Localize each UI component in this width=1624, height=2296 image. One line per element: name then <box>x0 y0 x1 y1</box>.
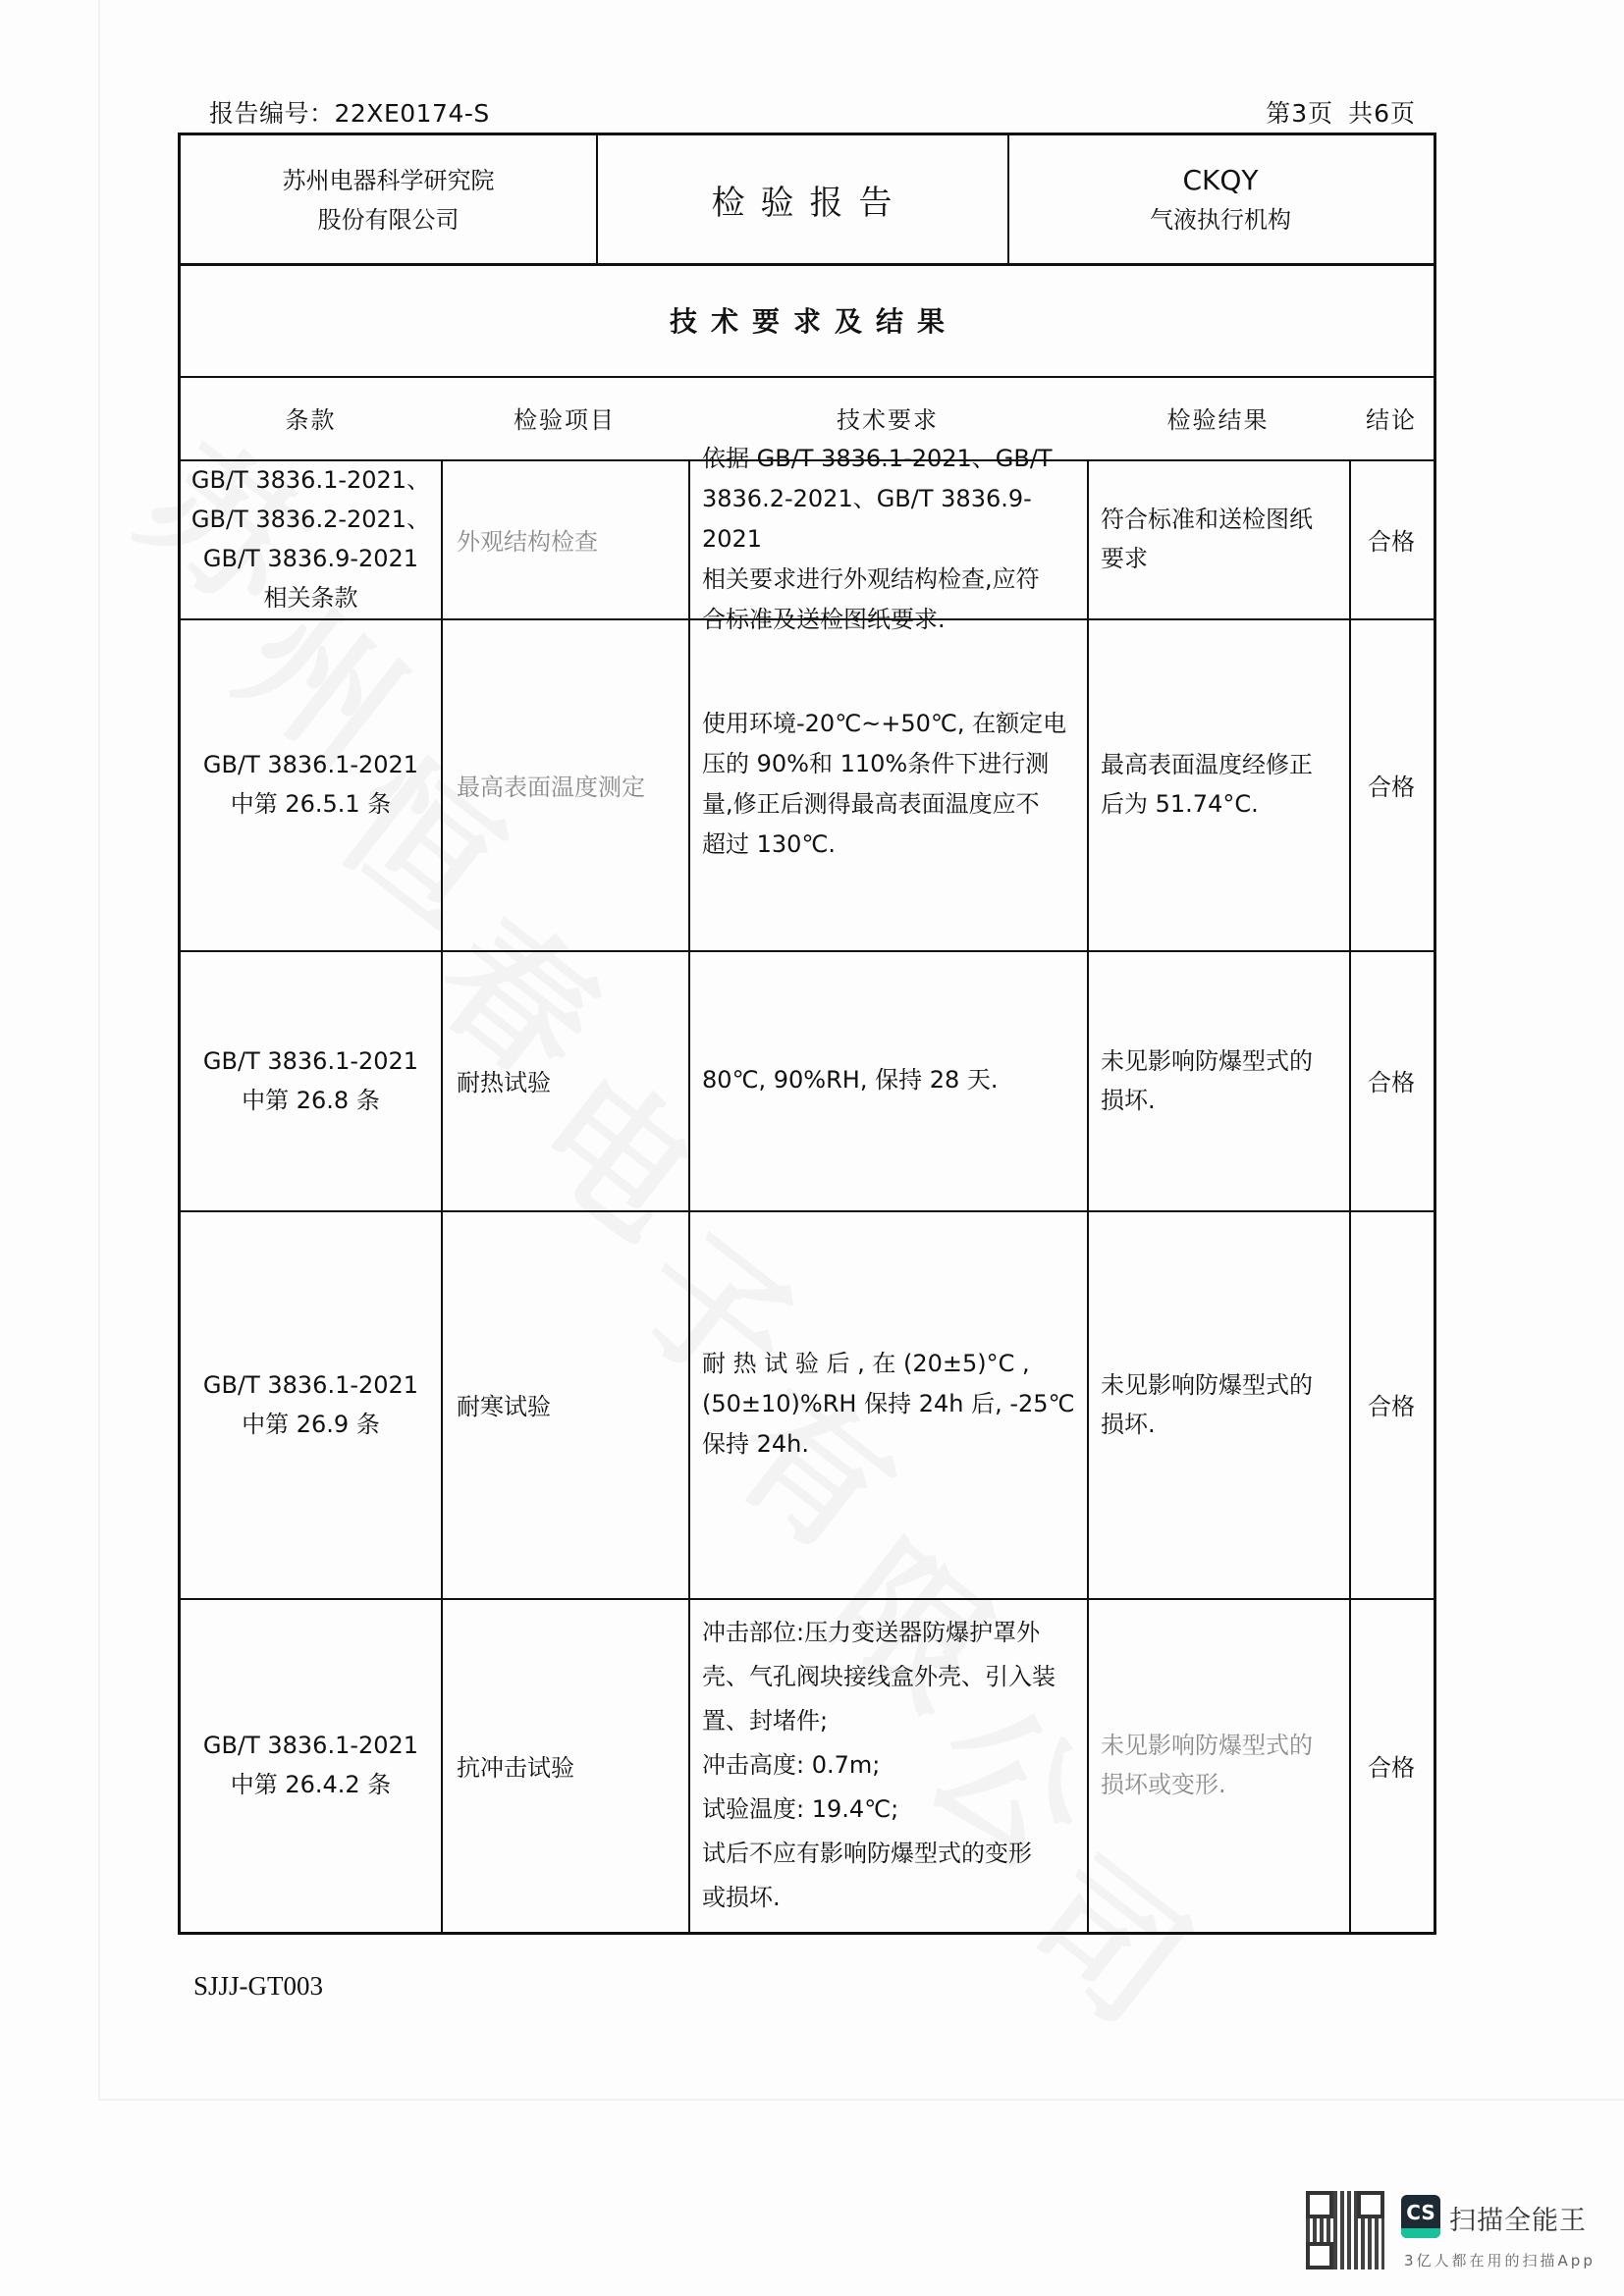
clause-line: GB/T 3836.2-2021、 <box>191 500 430 539</box>
requirement-line: 依据 GB/T 3836.1-2021、GB/T <box>702 439 1053 479</box>
column-header-item: 检验项目 <box>441 376 688 459</box>
clause-line: GB/T 3836.1-2021 <box>203 1365 418 1405</box>
product-info: CKQY 气液执行机构 <box>1007 135 1434 264</box>
row-1-result: 符合标准和送检图纸 要求 <box>1087 459 1349 618</box>
requirement-line: 3836.2-2021、GB/T 3836.9-2021 <box>702 479 1079 560</box>
row-5-item: 抗冲击试验 <box>441 1598 688 1932</box>
section-title: 技术要求及结果 <box>181 264 1434 376</box>
camscanner-badge: CS 扫描全能王 3亿人都在用的扫描App <box>1306 2191 1600 2279</box>
organization-line: 苏州电器科学研究院 <box>283 161 495 200</box>
clause-line: 中第 26.4.2 条 <box>231 1765 392 1804</box>
column-header-result: 检验结果 <box>1087 376 1349 459</box>
qr-code-icon <box>1306 2191 1384 2269</box>
row-4-verdict: 合格 <box>1349 1210 1434 1598</box>
requirement-line: 相关要求进行外观结构检查,应符 <box>702 560 1040 600</box>
page-total: 共6页 <box>1348 99 1416 128</box>
row-1-requirement: 依据 GB/T 3836.1-2021、GB/T 3836.2-2021、GB/… <box>688 459 1087 618</box>
result-line: 符合标准和送检图纸 <box>1101 500 1313 539</box>
row-3-item: 耐热试验 <box>441 950 688 1210</box>
requirement-line: 置、封堵件; <box>702 1699 828 1743</box>
clause-line: GB/T 3836.1-2021 <box>203 745 418 784</box>
page-current: 第3页 <box>1266 99 1333 128</box>
product-name: 气液执行机构 <box>1150 200 1291 240</box>
requirement-line: 使用环境-20℃~+50℃, 在额定电 <box>702 704 1066 744</box>
camscanner-logo-icon: CS <box>1401 2195 1440 2238</box>
result-line: 损坏或变形. <box>1101 1765 1226 1804</box>
requirement-line: 量,修正后测得最高表面温度应不 <box>702 784 1040 825</box>
requirement-line: 试后不应有影响防爆型式的变形 <box>702 1832 1032 1876</box>
result-line: 损坏. <box>1101 1081 1156 1120</box>
row-3-requirement: 80℃, 90%RH, 保持 28 天. <box>688 950 1087 1210</box>
organization-name: 苏州电器科学研究院 股份有限公司 <box>181 135 596 264</box>
result-line: 未见影响防爆型式的 <box>1101 1726 1313 1765</box>
row-4-clause: GB/T 3836.1-2021 中第 26.9 条 <box>181 1210 441 1598</box>
page-edge <box>98 0 100 2101</box>
row-1-item: 外观结构检查 <box>441 459 688 618</box>
column-header-verdict: 结论 <box>1349 376 1434 459</box>
clause-line: 中第 26.8 条 <box>242 1081 380 1120</box>
requirement-line: 保持 24h. <box>702 1424 809 1465</box>
form-code: SJJJ-GT003 <box>193 1971 323 2002</box>
clause-line: 中第 26.5.1 条 <box>231 784 392 824</box>
row-3-clause: GB/T 3836.1-2021 中第 26.8 条 <box>181 950 441 1210</box>
row-5-result: 未见影响防爆型式的 损坏或变形. <box>1087 1598 1349 1932</box>
row-5-verdict: 合格 <box>1349 1598 1434 1932</box>
report-table: 苏州电器科学研究院 股份有限公司 检验报告 CKQY 气液执行机构 技术要求及结… <box>178 133 1436 1935</box>
page-indicator: 第3页 共6页 <box>1260 94 1416 130</box>
requirement-line: 超过 130℃. <box>702 825 836 865</box>
app-name: 扫描全能王 <box>1449 2199 1587 2237</box>
row-5-requirement: 冲击部位:压力变送器防爆护罩外 壳、气孔阀块接线盒外壳、引入装 置、封堵件; 冲… <box>688 1598 1087 1932</box>
requirement-line: 试验温度: 19.4℃; <box>702 1788 898 1832</box>
row-2-requirement: 使用环境-20℃~+50℃, 在额定电 压的 90%和 110%条件下进行测 量… <box>688 618 1087 950</box>
requirement-line: 压的 90%和 110%条件下进行测 <box>702 744 1049 784</box>
row-3-verdict: 合格 <box>1349 950 1434 1210</box>
requirement-line: 80℃, 90%RH, 保持 28 天. <box>702 1060 999 1100</box>
row-2-clause: GB/T 3836.1-2021 中第 26.5.1 条 <box>181 618 441 950</box>
requirement-line: 或损坏. <box>702 1876 781 1920</box>
clause-line: 中第 26.9 条 <box>242 1405 380 1444</box>
row-4-requirement: 耐 热 试 验 后 , 在 (20±5)°C , (50±10)%RH 保持 2… <box>688 1210 1087 1598</box>
product-code: CKQY <box>1182 161 1258 200</box>
report-number: 报告编号：22XE0174-S <box>209 94 490 130</box>
app-tagline: 3亿人都在用的扫描App <box>1404 2250 1596 2270</box>
clause-line: GB/T 3836.1-2021 <box>203 1041 418 1081</box>
page-edge <box>98 2099 1624 2101</box>
organization-line: 股份有限公司 <box>318 200 460 240</box>
row-1-verdict: 合格 <box>1349 459 1434 618</box>
result-line: 最高表面温度经修正 <box>1101 745 1313 784</box>
row-4-item: 耐寒试验 <box>441 1210 688 1598</box>
row-3-result: 未见影响防爆型式的 损坏. <box>1087 950 1349 1210</box>
row-1-clause: GB/T 3836.1-2021、 GB/T 3836.2-2021、 GB/T… <box>181 459 441 618</box>
column-header-clause: 条款 <box>181 376 441 459</box>
result-line: 损坏. <box>1101 1405 1156 1444</box>
requirement-line: 耐 热 试 验 后 , 在 (20±5)°C , <box>702 1344 1030 1384</box>
requirement-line: 冲击高度: 0.7m; <box>702 1743 880 1788</box>
row-2-result: 最高表面温度经修正 后为 51.74°C. <box>1087 618 1349 950</box>
result-line: 未见影响防爆型式的 <box>1101 1041 1313 1081</box>
clause-line: GB/T 3836.1-2021 <box>203 1726 418 1765</box>
requirement-line: 壳、气孔阀块接线盒外壳、引入装 <box>702 1655 1056 1699</box>
clause-line: 相关条款 <box>264 578 358 617</box>
document-title: 检验报告 <box>596 135 1007 264</box>
clause-line: GB/T 3836.9-2021 <box>203 539 418 578</box>
result-line: 要求 <box>1101 539 1148 578</box>
result-line: 未见影响防爆型式的 <box>1101 1365 1313 1405</box>
result-line: 后为 51.74°C. <box>1101 784 1259 824</box>
row-2-verdict: 合格 <box>1349 618 1434 950</box>
clause-line: GB/T 3836.1-2021、 <box>191 460 430 500</box>
row-4-result: 未见影响防爆型式的 损坏. <box>1087 1210 1349 1598</box>
row-5-clause: GB/T 3836.1-2021 中第 26.4.2 条 <box>181 1598 441 1932</box>
row-2-item: 最高表面温度测定 <box>441 618 688 950</box>
requirement-line: (50±10)%RH 保持 24h 后, -25℃ <box>702 1384 1075 1424</box>
requirement-line: 冲击部位:压力变送器防爆护罩外 <box>702 1611 1040 1655</box>
